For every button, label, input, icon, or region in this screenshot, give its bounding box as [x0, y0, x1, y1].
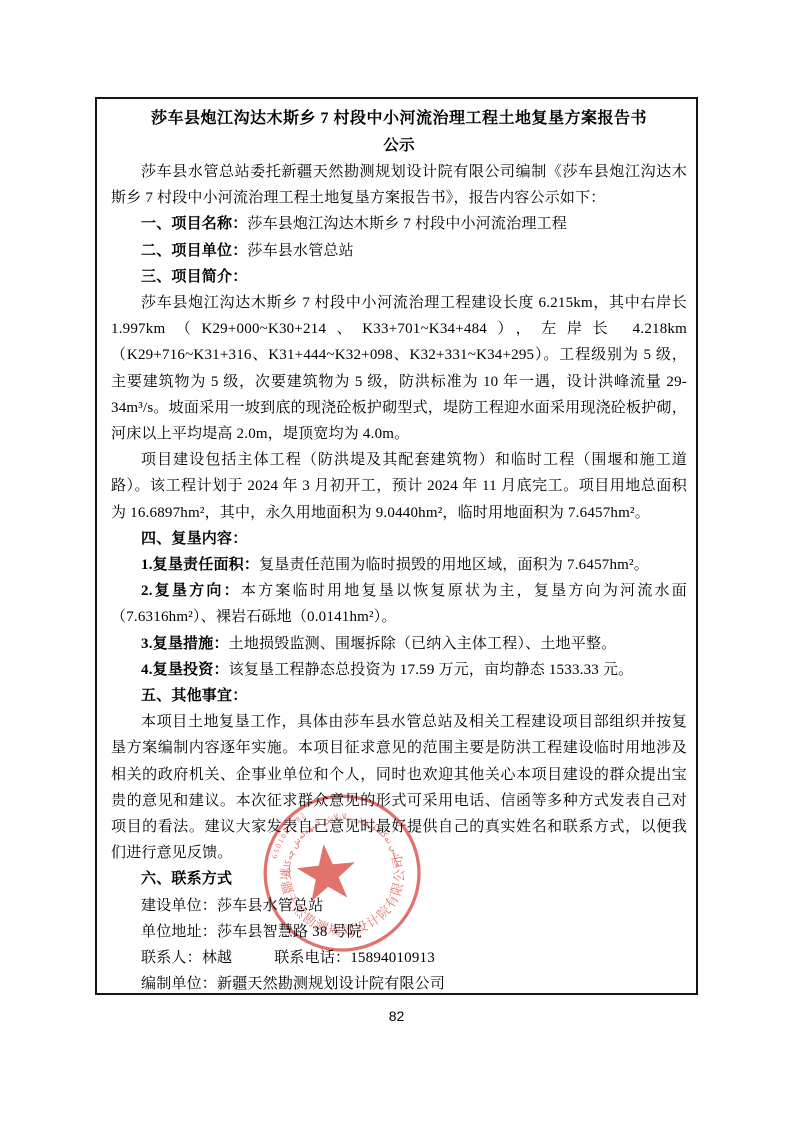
other-matters-paragraph: 本项目土地复垦工作，具体由莎车县水管总站及相关工程建设项目部组织并按复垦方案编制… — [111, 709, 687, 866]
section-label: 一、项目名称： — [141, 216, 247, 232]
phone-label: 联系电话： — [274, 950, 350, 966]
document-border-frame: 莎车县炮江沟达木斯乡 7 村段中小河流治理工程土地复垦方案报告书 公示 莎车县水… — [95, 97, 698, 995]
intro-paragraph: 莎车县水管总站委托新疆天然勘测规划设计院有限公司编制《莎车县炮江沟达木斯乡 7 … — [111, 159, 687, 211]
reclamation-item: 3.复垦措施：土地损毁监测、围堰拆除（已纳入主体工程）、土地平整。 — [111, 631, 687, 657]
phone-value: 15894010913 — [350, 950, 435, 966]
section-reclamation-heading: 四、复垦内容： — [111, 526, 687, 552]
item-text: 复垦责任范围为临时损毁的用地区域，面积为 7.6457hm²。 — [259, 557, 649, 573]
contact-label: 联系人： — [141, 950, 202, 966]
reclamation-item: 1.复垦责任面积：复垦责任范围为临时损毁的用地区域，面积为 7.6457hm²。 — [111, 552, 687, 578]
document-title: 莎车县炮江沟达木斯乡 7 村段中小河流治理工程土地复垦方案报告书 — [111, 105, 687, 132]
document-subtitle: 公示 — [111, 132, 687, 159]
project-brief-paragraph-1: 莎车县炮江沟达木斯乡 7 村段中小河流治理工程建设长度 6.215km，其中右岸… — [111, 290, 687, 447]
section-project-brief-heading: 三、项目简介： — [111, 264, 687, 290]
section-project-name: 一、项目名称：莎车县炮江沟达木斯乡 7 村段中小河流治理工程 — [111, 211, 687, 237]
contact-label: 编制单位： — [141, 976, 217, 992]
section-label: 六、联系方式 — [141, 871, 232, 887]
reclamation-item: 4.复垦投资：该复垦工程静态总投资为 17.59 万元，亩均静态 1533.33… — [111, 657, 687, 683]
project-brief-paragraph-2: 项目建设包括主体工程（防洪堤及其配套建筑物）和临时工程（围堰和施工道路）。该工程… — [111, 447, 687, 526]
section-label: 二、项目单位： — [141, 243, 247, 259]
contact-value: 莎车县水管总站 — [217, 898, 323, 914]
section-project-unit: 二、项目单位：莎车县水管总站 — [111, 238, 687, 264]
item-text: 该复垦工程静态总投资为 17.59 万元，亩均静态 1533.33 元。 — [229, 662, 634, 678]
document-page: { "page_number": "82", "doc": { "title":… — [0, 0, 793, 1122]
item-label: 1.复垦责任面积： — [141, 557, 259, 573]
document-body: 莎车县炮江沟达木斯乡 7 村段中小河流治理工程土地复垦方案报告书 公示 莎车县水… — [111, 105, 687, 995]
item-text: 土地损毁监测、围堰拆除（已纳入主体工程）、土地平整。 — [229, 636, 617, 652]
item-label: 3.复垦措施： — [141, 636, 229, 652]
contact-value: 莎车县智慧路 38 号院 — [217, 924, 362, 940]
contact-row: 联系人：林越联系电话：15894010913 — [111, 945, 687, 971]
contact-value: 林越 — [202, 950, 232, 966]
contact-row: 建设单位：莎车县水管总站 — [111, 893, 687, 919]
item-label: 4.复垦投资： — [141, 662, 229, 678]
reclamation-item: 2.复垦方向：本方案临时用地复垦以恢复原状为主，复垦方向为河流水面（7.6316… — [111, 578, 687, 630]
contact-row: 单位地址：莎车县智慧路 38 号院 — [111, 919, 687, 945]
section-other-matters-heading: 五、其他事宜： — [111, 683, 687, 709]
section-label: 三、项目简介： — [141, 269, 247, 285]
section-label: 五、其他事宜： — [141, 688, 247, 704]
contact-row: 编制单位：新疆天然勘测规划设计院有限公司 — [111, 971, 687, 995]
page-number: 82 — [0, 1008, 793, 1024]
section-label: 四、复垦内容： — [141, 531, 247, 547]
section-text: 莎车县炮江沟达木斯乡 7 村段中小河流治理工程 — [247, 216, 567, 232]
contact-value: 新疆天然勘测规划设计院有限公司 — [217, 976, 445, 992]
section-text: 莎车县水管总站 — [247, 243, 353, 259]
contact-label: 单位地址： — [141, 924, 217, 940]
section-contact-heading: 六、联系方式 — [111, 866, 687, 892]
contact-label: 建设单位： — [141, 898, 217, 914]
item-label: 2.复垦方向： — [141, 583, 241, 599]
